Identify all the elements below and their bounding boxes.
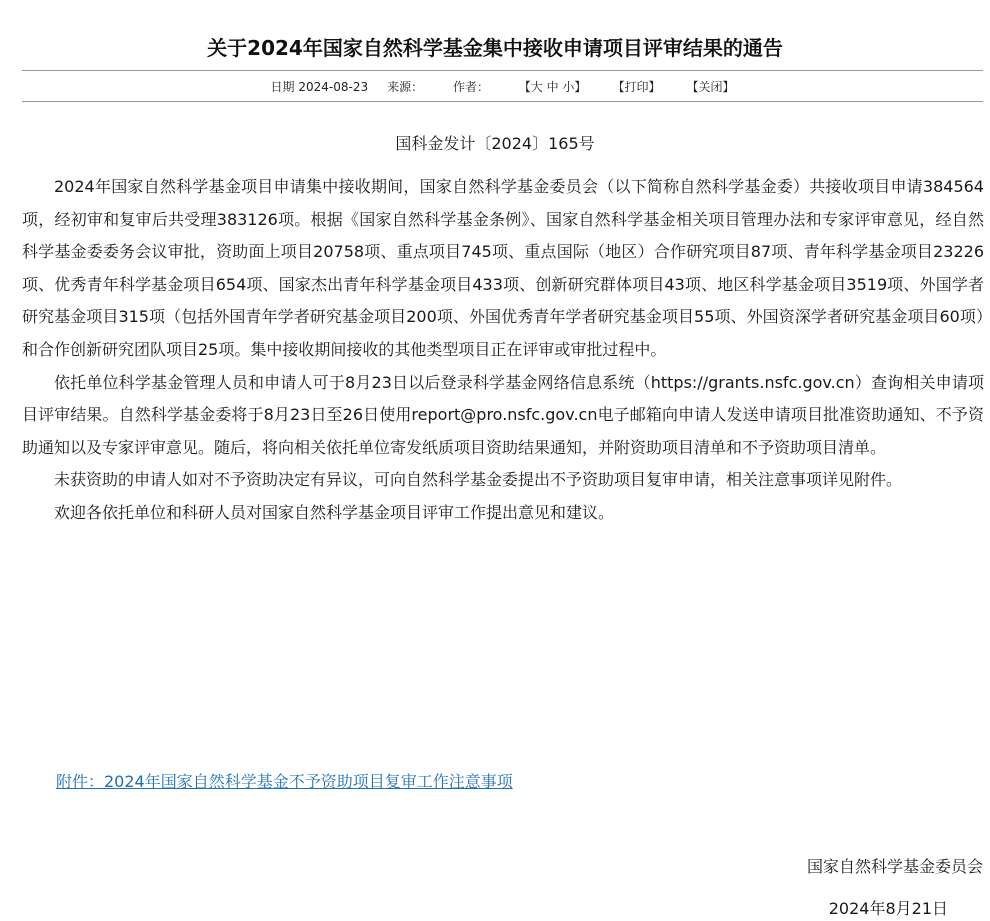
document-number: 国科金发计〔2024〕165号	[0, 130, 990, 158]
signature-date: 2024年8月21日	[829, 895, 948, 921]
date-label: 日期	[271, 78, 295, 95]
source-field: 来源：	[387, 78, 427, 95]
close-button[interactable]: 【关闭】	[686, 78, 734, 95]
paragraph-appeal: 未获资助的申请人如对不予资助决定有异议，可向自然科学基金委提出不予资助项目复审申…	[22, 464, 984, 497]
date-value: 2024-08-23	[298, 80, 368, 94]
author-label: 作者：	[453, 78, 489, 95]
article-body: 2024年国家自然科学基金项目申请集中接收期间，国家自然科学基金委员会（以下简称…	[22, 171, 984, 530]
publish-date: 日期 2024-08-23	[271, 78, 369, 95]
paragraph-query-results: 依托单位科学基金管理人员和申请人可于8月23日以后登录科学基金网络信息系统（ht…	[22, 367, 984, 465]
article-meta-bar: 日期 2024-08-23 来源： 作者： 【大 中 小】 【打印】 【关闭】	[22, 70, 983, 102]
attachment-link[interactable]: 附件：2024年国家自然科学基金不予资助项目复审工作注意事项	[56, 768, 513, 796]
article-title: 关于2024年国家自然科学基金集中接收申请项目评审结果的通告	[0, 31, 990, 65]
author-field: 作者：	[453, 78, 493, 95]
paragraph-feedback: 欢迎各依托单位和科研人员对国家自然科学基金项目评审工作提出意见和建议。	[22, 497, 984, 530]
source-label: 来源：	[387, 78, 423, 95]
signature-organization: 国家自然科学基金委员会	[807, 853, 983, 881]
paragraph-funding-results: 2024年国家自然科学基金项目申请集中接收期间，国家自然科学基金委员会（以下简称…	[22, 171, 984, 367]
font-size-control[interactable]: 【大 中 小】	[519, 78, 587, 95]
print-button[interactable]: 【打印】	[612, 78, 660, 95]
